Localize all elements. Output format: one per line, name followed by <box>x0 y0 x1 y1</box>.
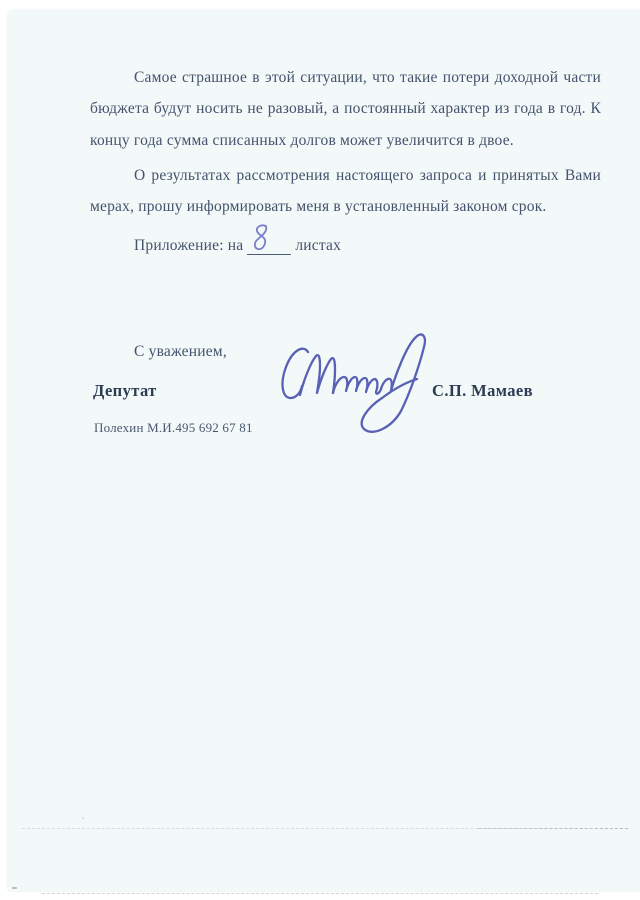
signer-title: Депутат <box>93 375 157 407</box>
closing-salutation: С уважением, <box>90 336 227 368</box>
letter-paragraph-2: О результатах рассмотрения настоящего за… <box>90 160 601 223</box>
scanned-letter: { "document": { "paragraph_1": "Самое ст… <box>0 0 640 900</box>
scan-speck <box>12 887 17 889</box>
signer-name: С.П. Мамаев <box>432 375 533 407</box>
attachment-line: Приложение: на8 листах <box>90 230 601 262</box>
scan-edge-line <box>42 893 598 894</box>
scan-speck <box>82 817 84 819</box>
letter-paragraph-1: Самое страшное в этой ситуации, что таки… <box>90 62 601 157</box>
attachment-blank-underline: 8 <box>247 254 291 255</box>
handwritten-eight <box>251 223 273 254</box>
attachment-prefix: Приложение: на <box>134 237 243 254</box>
document-page: Самое страшное в этой ситуации, что таки… <box>8 10 640 891</box>
attachment-suffix: листах <box>295 237 341 254</box>
contact-line: Полехин М.И.495 692 67 81 <box>94 412 253 444</box>
handwritten-page-count-value: 8 <box>291 254 292 255</box>
scan-artifact-line-right <box>478 828 628 829</box>
